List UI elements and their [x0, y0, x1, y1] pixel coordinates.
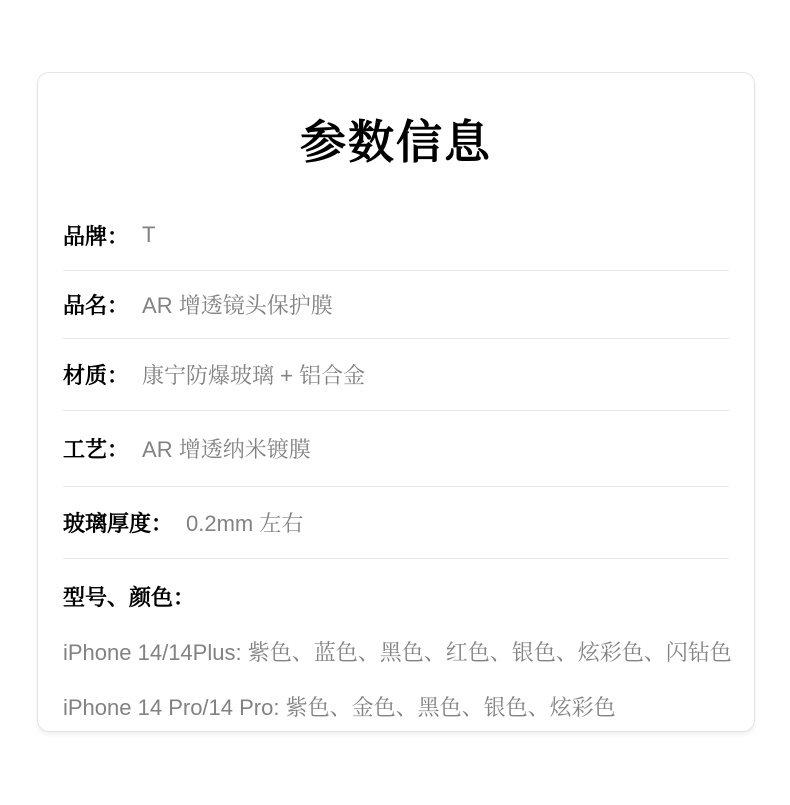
material-value: 康宁防爆玻璃 + 铝合金: [142, 359, 365, 390]
process-label: 工艺：: [63, 433, 129, 464]
spec-row-process: 工艺： AR 增透纳米镀膜: [63, 411, 729, 487]
models-colors-heading: 型号、颜色：: [63, 581, 729, 612]
model-line-iphone14: iPhone 14/14Plus: 紫色、蓝色、黑色、红色、银色、炫彩色、闪钻色: [63, 636, 729, 667]
product-spec-page: 参数信息 品牌： T 品名： AR 增透镜头保护膜 材质： 康宁防爆玻璃 + 铝…: [0, 0, 790, 805]
spec-rows: 品牌： T 品名： AR 增透镜头保护膜 材质： 康宁防爆玻璃 + 铝合金 工艺…: [63, 200, 729, 559]
product-name-value: AR 增透镜头保护膜: [142, 289, 333, 320]
process-value: AR 增透纳米镀膜: [142, 433, 311, 464]
product-name-label: 品名：: [63, 289, 129, 320]
spec-row-brand: 品牌： T: [63, 200, 729, 271]
spec-row-product-name: 品名： AR 增透镜头保护膜: [63, 271, 729, 339]
glass-thickness-label: 玻璃厚度：: [63, 507, 173, 538]
spec-row-material: 材质： 康宁防爆玻璃 + 铝合金: [63, 339, 729, 411]
glass-thickness-value: 0.2mm 左右: [186, 507, 303, 538]
spec-row-glass-thickness: 玻璃厚度： 0.2mm 左右: [63, 487, 729, 559]
model-line-iphone14pro: iPhone 14 Pro/14 Pro: 紫色、金色、黑色、银色、炫彩色: [63, 691, 729, 722]
brand-value: T: [142, 222, 155, 248]
brand-label: 品牌：: [63, 220, 129, 251]
page-title: 参数信息: [63, 117, 729, 167]
material-label: 材质：: [63, 359, 129, 390]
models-colors-section: 型号、颜色： iPhone 14/14Plus: 紫色、蓝色、黑色、红色、银色、…: [63, 581, 729, 722]
spec-card: 参数信息 品牌： T 品名： AR 增透镜头保护膜 材质： 康宁防爆玻璃 + 铝…: [37, 72, 755, 732]
